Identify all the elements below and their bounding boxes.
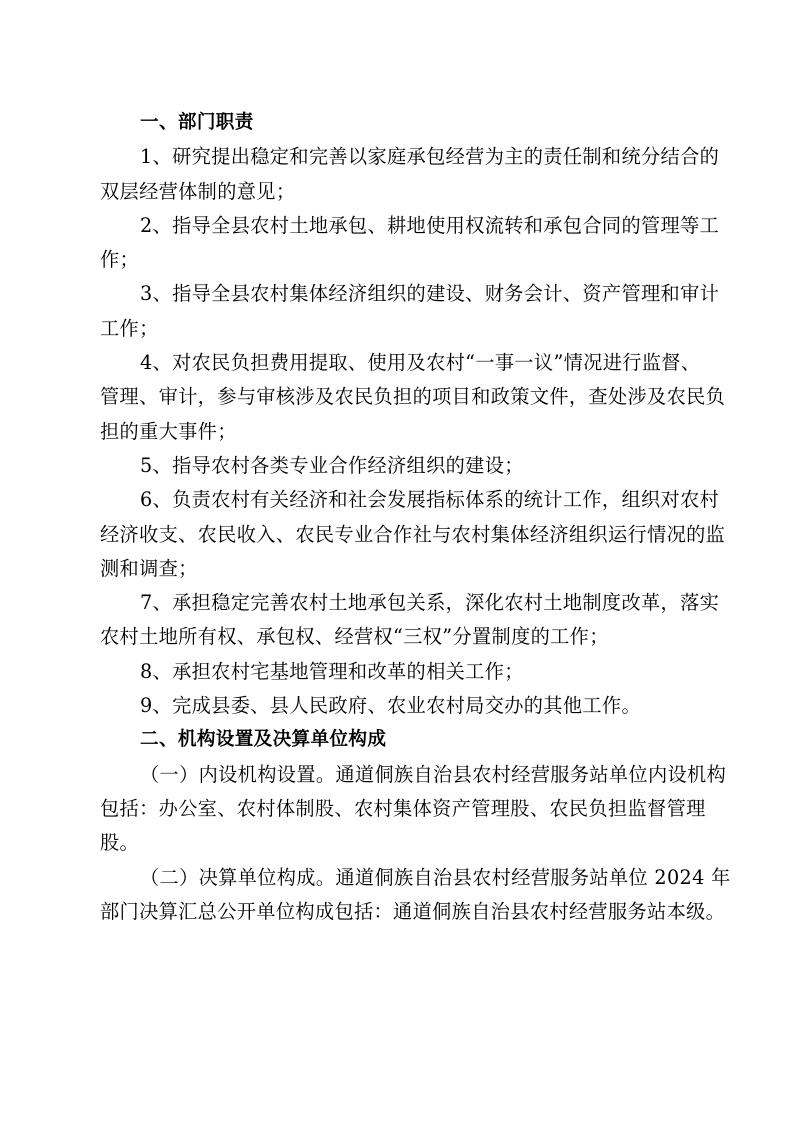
section-heading-organization: 二、机构设置及决算单位构成 <box>100 723 698 757</box>
paragraph-line: 3、指导全县农村集体经济组织的建设、财务会计、资产管理和审计 <box>100 277 698 311</box>
paragraph-line: 测和调查； <box>100 552 698 586</box>
paragraph-duty-4: 4、对农民负担费用提取、使用及农村“一事一议”情况进行监督、 管理、审计，参与审… <box>100 346 698 449</box>
paragraph-duty-8: 8、承担农村宅基地管理和改革的相关工作； <box>100 655 698 689</box>
paragraph-line: 7、承担稳定完善农村土地承包关系，深化农村土地制度改革，落实 <box>100 586 698 620</box>
document-page: 一、部门职责 1、研究提出稳定和完善以家庭承包经营为主的责任制和统分结合的 双层… <box>100 106 698 929</box>
paragraph-line: 农村土地所有权、承包权、经营权“三权”分置制度的工作； <box>100 620 698 654</box>
paragraph-duty-1: 1、研究提出稳定和完善以家庭承包经营为主的责任制和统分结合的 双层经营体制的意见… <box>100 140 698 209</box>
paragraph-line: 双层经营体制的意见； <box>100 175 698 209</box>
paragraph-internal-structure: （一）内设机构设置。通道侗族自治县农村经营服务站单位内设机构 包括：办公室、农村… <box>100 758 698 861</box>
paragraph-line: 包括：办公室、农村体制股、农村集体资产管理股、农民负担监督管理 <box>100 792 698 826</box>
paragraph-duty-9: 9、完成县委、县人民政府、农业农村局交办的其他工作。 <box>100 689 698 723</box>
paragraph-duty-3: 3、指导全县农村集体经济组织的建设、财务会计、资产管理和审计 工作； <box>100 277 698 346</box>
paragraph-line: 经济收支、农民收入、农民专业合作社与农村集体经济组织运行情况的监 <box>100 518 698 552</box>
paragraph-line: 股。 <box>100 826 698 860</box>
paragraph-line: 8、承担农村宅基地管理和改革的相关工作； <box>100 655 698 689</box>
paragraph-line: 部门决算汇总公开单位构成包括：通道侗族自治县农村经营服务站本级。 <box>100 895 698 929</box>
paragraph-accounting-units: （二）决算单位构成。通道侗族自治县农村经营服务站单位 2024 年 部门决算汇总… <box>100 861 698 930</box>
paragraph-line: 9、完成县委、县人民政府、农业农村局交办的其他工作。 <box>100 689 698 723</box>
paragraph-line: 作； <box>100 243 698 277</box>
paragraph-line: 4、对农民负担费用提取、使用及农村“一事一议”情况进行监督、 <box>100 346 698 380</box>
paragraph-duty-7: 7、承担稳定完善农村土地承包关系，深化农村土地制度改革，落实 农村土地所有权、承… <box>100 586 698 655</box>
paragraph-duty-5: 5、指导农村各类专业合作经济组织的建设； <box>100 449 698 483</box>
paragraph-line: 6、负责农村有关经济和社会发展指标体系的统计工作，组织对农村 <box>100 483 698 517</box>
paragraph-line: 担的重大事件； <box>100 415 698 449</box>
section-heading-duties: 一、部门职责 <box>100 106 698 140</box>
paragraph-line: 5、指导农村各类专业合作经济组织的建设； <box>100 449 698 483</box>
paragraph-duty-6: 6、负责农村有关经济和社会发展指标体系的统计工作，组织对农村 经济收支、农民收入… <box>100 483 698 586</box>
paragraph-line: 1、研究提出稳定和完善以家庭承包经营为主的责任制和统分结合的 <box>100 140 698 174</box>
paragraph-line: （二）决算单位构成。通道侗族自治县农村经营服务站单位 2024 年 <box>100 861 698 895</box>
paragraph-line: 管理、审计，参与审核涉及农民负担的项目和政策文件，查处涉及农民负 <box>100 380 698 414</box>
paragraph-line: （一）内设机构设置。通道侗族自治县农村经营服务站单位内设机构 <box>100 758 698 792</box>
paragraph-duty-2: 2、指导全县农村土地承包、耕地使用权流转和承包合同的管理等工 作； <box>100 209 698 278</box>
paragraph-line: 工作； <box>100 312 698 346</box>
paragraph-line: 2、指导全县农村土地承包、耕地使用权流转和承包合同的管理等工 <box>100 209 698 243</box>
